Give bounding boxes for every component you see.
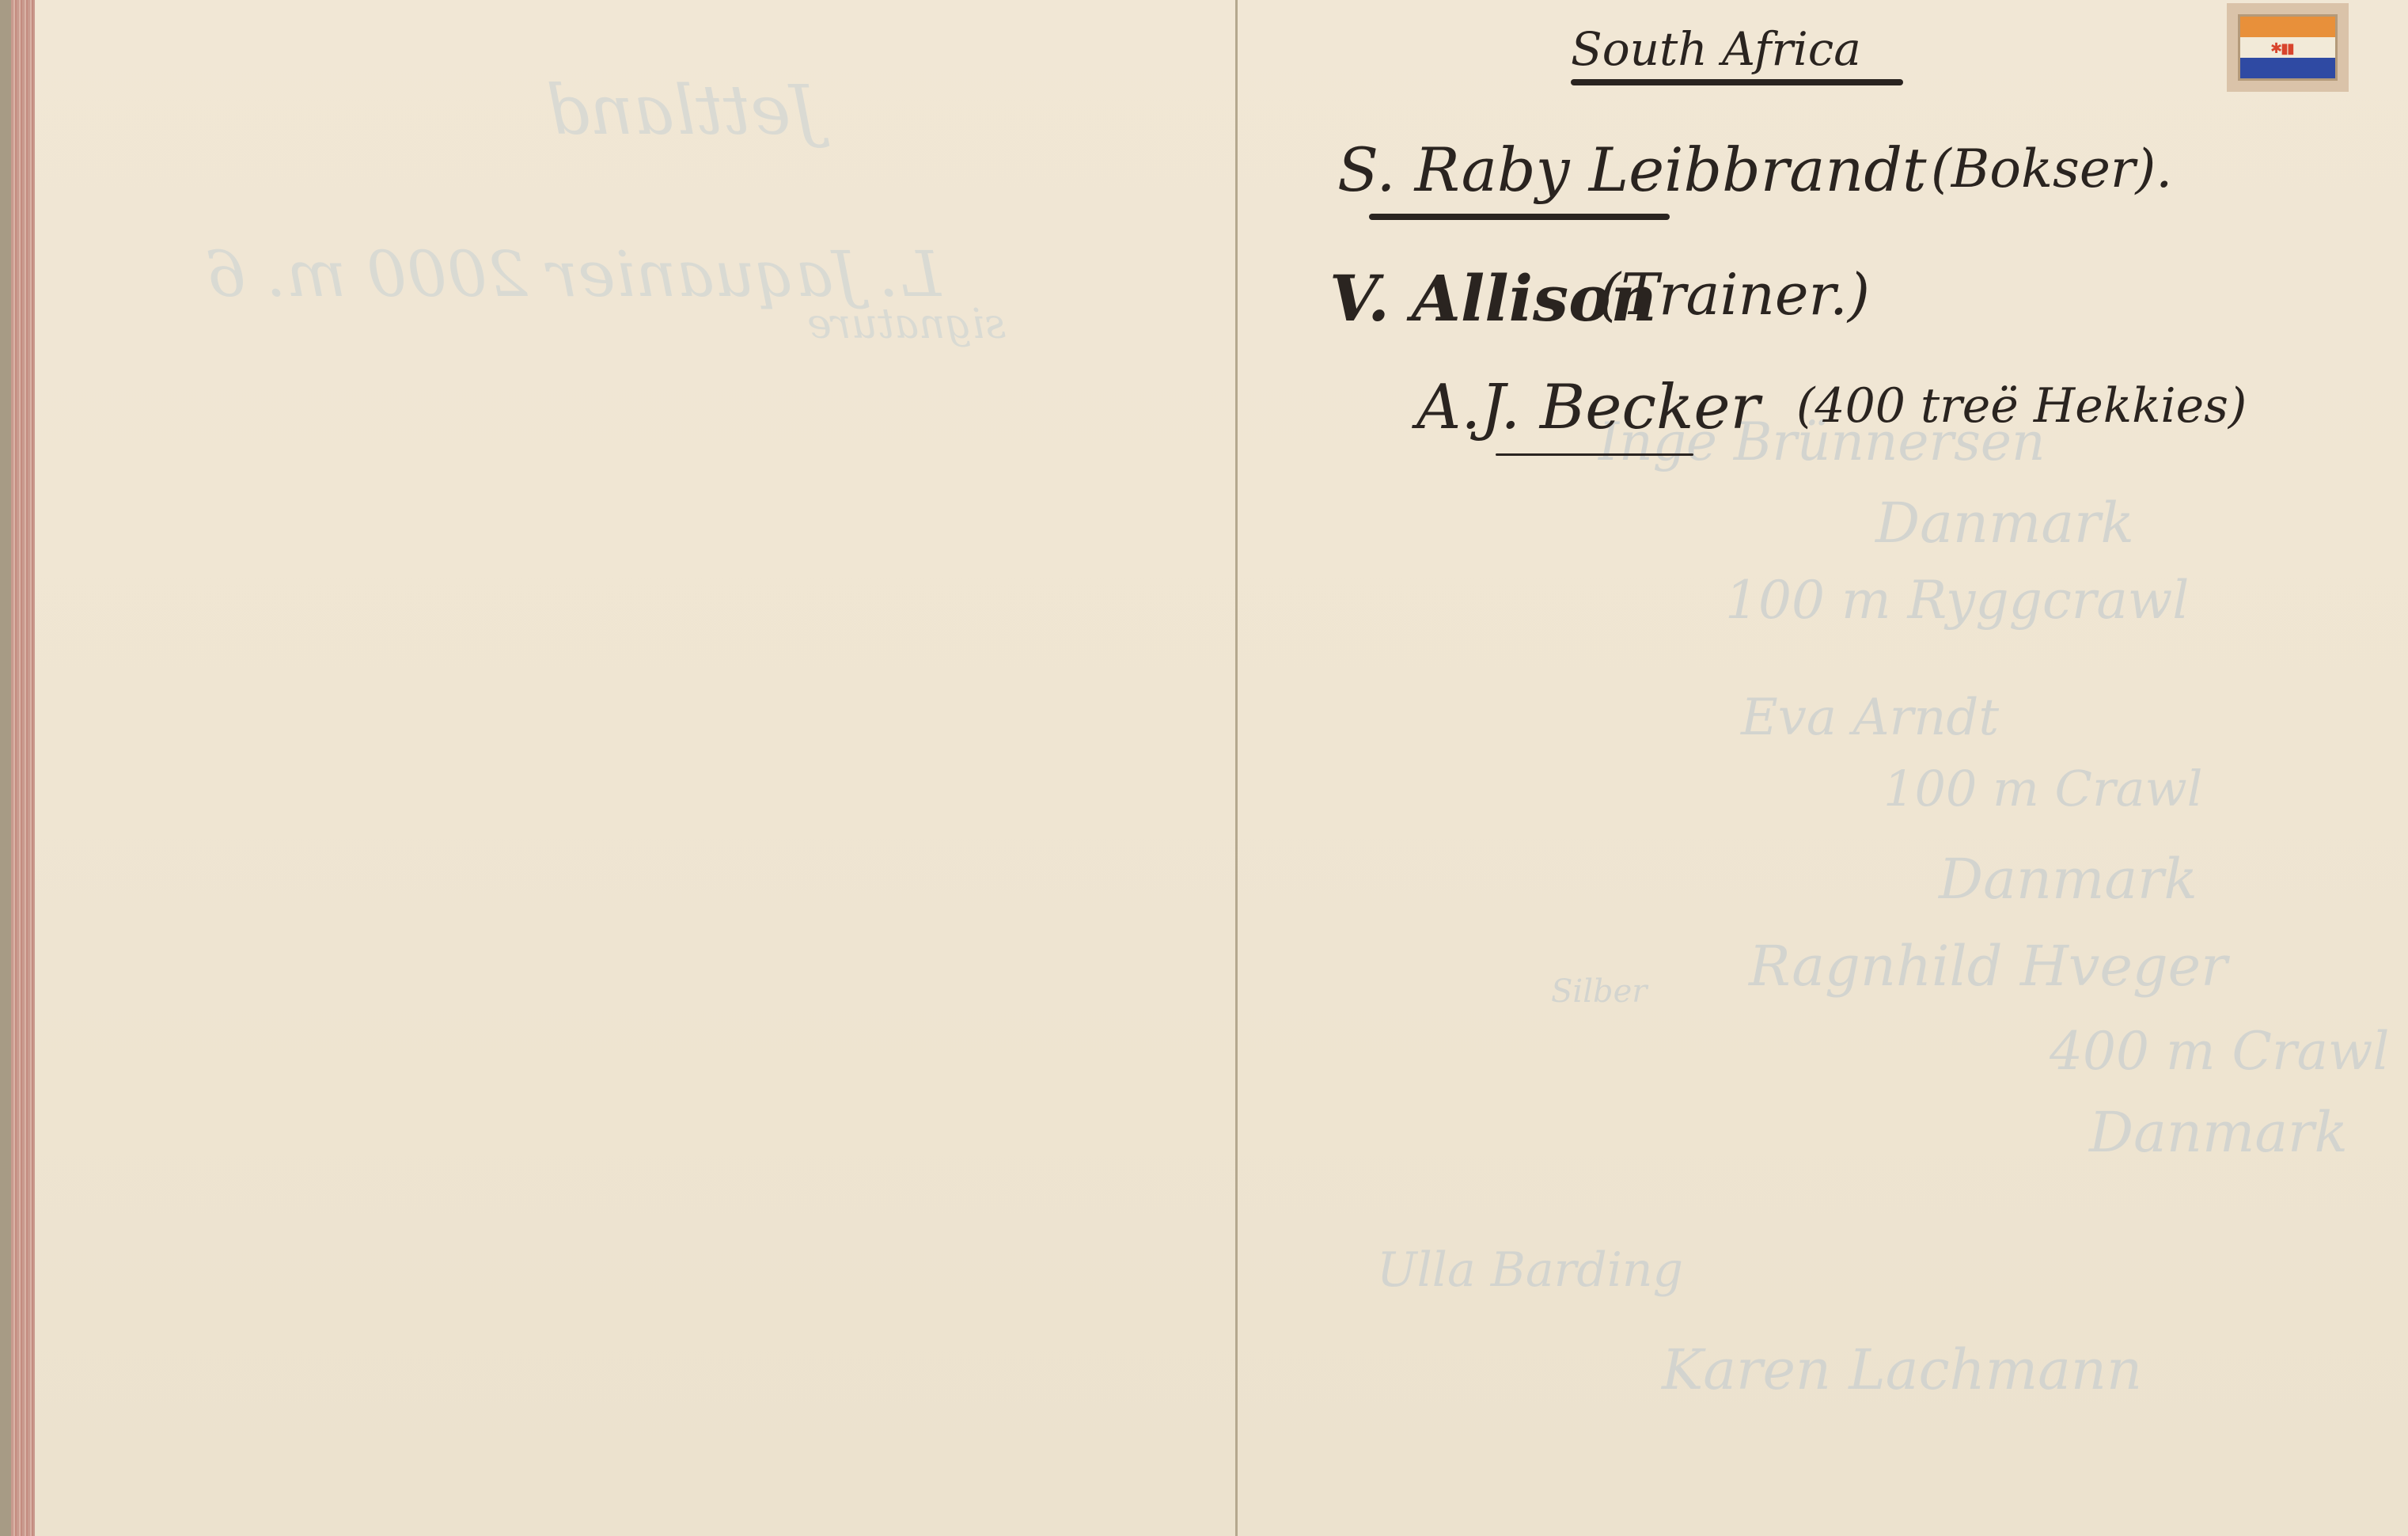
bleed-through-text: Eva Arndt [1741, 688, 1999, 747]
bleed-through-text: Danmark [2089, 1100, 2348, 1165]
autograph-role: (Bokser). [1931, 138, 2172, 199]
bleed-through-text: Danmark [1875, 491, 2134, 556]
autograph-name: A.J. Becker [1416, 372, 1760, 443]
bleed-through-text: Ragnhild Hveger [1749, 934, 2228, 999]
autograph-role: (Trainer.) [1598, 261, 1870, 328]
signature-underline [1496, 453, 1693, 456]
page-heading: South Africa [1571, 22, 1861, 76]
bleed-through-text: Jettland [546, 71, 818, 150]
right-page [1238, 0, 2408, 1536]
page-edges [0, 0, 35, 1536]
left-page [35, 0, 1236, 1536]
autograph-role: (400 treë Hekkies) [1796, 378, 2247, 434]
autograph-name: S. Raby Leibbrandt [1337, 135, 1927, 205]
signature-underline [1369, 214, 1670, 220]
bleed-through-text: 100 m Ryggcrawl [1725, 570, 2189, 631]
south-africa-flag-icon: ✱▮▮ [2238, 14, 2338, 81]
bleed-through-signature: signature [807, 301, 1006, 348]
bleed-through-text: Ulla Barding [1377, 1242, 1683, 1298]
book-spread: Jettland L. Jaquanier 2000 m. 6 signatur… [0, 0, 2408, 1536]
bleed-through-text: 100 m Crawl [1883, 760, 2202, 817]
bleed-through-text: Danmark [1939, 847, 2198, 912]
bleed-through-text: 400 m Crawl [2050, 1021, 2390, 1082]
bleed-through-text: Karen Lachmann [1662, 1337, 2142, 1402]
heading-underline [1571, 79, 1903, 85]
bleed-through-text: Silber [1551, 973, 1647, 1010]
